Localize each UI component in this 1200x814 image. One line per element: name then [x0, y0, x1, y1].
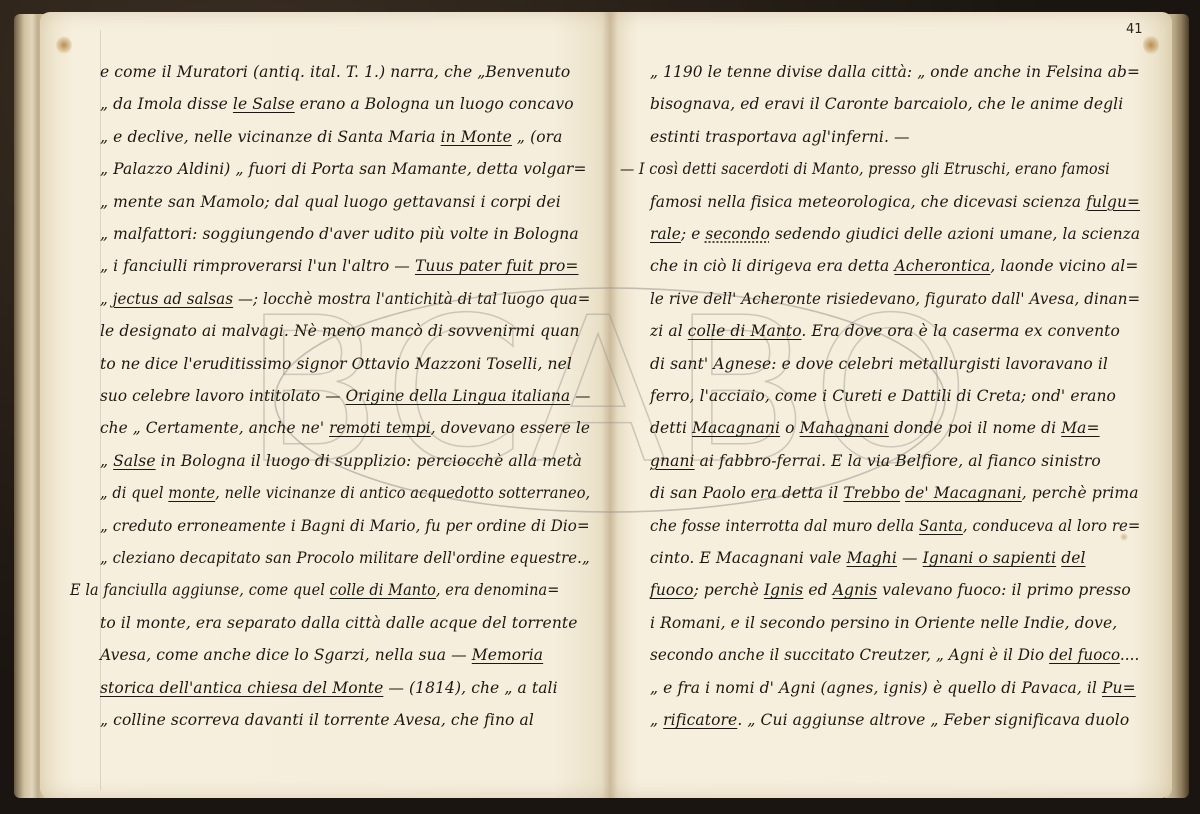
left-text-line: „ jectus ad salsas —; locchè mostra l'an… — [100, 283, 573, 315]
right-text-line: „ rificatore. „ Cui aggiunse altrove „ F… — [650, 704, 1140, 736]
right-text-line: gnani ai fabbro-ferrai. E la via Belfior… — [650, 445, 1140, 477]
left-text-line: „ mente san Mamolo; dal qual luogo getta… — [100, 186, 590, 218]
left-text-line: „ Salse in Bologna il luogo di supplizio… — [100, 445, 590, 477]
left-text-line: suo celebre lavoro intitolato — Origine … — [100, 380, 582, 412]
left-text-line: le designato ai malvagi. Nè meno mancò d… — [100, 315, 590, 347]
right-text-line: detti Macagnani o Mahagnani donde poi il… — [650, 412, 1140, 444]
right-text-line: fuoco; perchè Ignis ed Agnis valevano fu… — [650, 574, 1140, 606]
left-text-line: „ cleziano decapitato san Procolo milita… — [100, 542, 570, 574]
right-text-line: estinti trasportava agl'inferni. — — [650, 121, 1140, 153]
left-text-line: „ creduto erroneamente i Bagni di Mario,… — [100, 510, 575, 542]
right-text-line: „ e fra i nomi d' Agni (agnes, ignis) è … — [650, 672, 1140, 704]
foxing-stain-top-left — [56, 36, 72, 54]
right-text-line: bisognava, ed eravi il Caronte barcaiolo… — [650, 88, 1140, 120]
right-text-line: che in ciò li dirigeva era detta Acheron… — [650, 250, 1140, 282]
left-text-line: „ malfattori: soggiungendo d'aver udito … — [100, 218, 590, 250]
right-text-line: zi al colle di Manto. Era dove ora è la … — [650, 315, 1140, 347]
right-text-line: i Romani, e il secondo persino in Orient… — [650, 607, 1140, 639]
left-text-line: „ di quel monte, nelle vicinanze di anti… — [100, 477, 560, 509]
book-gutter — [602, 12, 618, 798]
foxing-stain-top-right — [1143, 35, 1159, 55]
left-text-line: „ i fanciulli rimproverarsi l'un l'altro… — [100, 250, 590, 282]
right-text-line: di sant' Agnese: e dove celebri metallur… — [650, 348, 1140, 380]
left-text-line: „ Palazzo Aldini) „ fuori di Porta san M… — [100, 153, 590, 185]
right-text-line: ferro, l'acciaio, come i Cureti e Dattil… — [650, 380, 1140, 412]
left-text-line: che „ Certamente, anche ne' remoti tempi… — [100, 412, 584, 444]
right-text-line: le rive dell' Acheronte risiedevano, fig… — [650, 283, 1126, 315]
left-text-line: e come il Muratori (antiq. ital. T. 1.) … — [100, 56, 590, 88]
right-text-line: secondo anche il succitato Creutzer, „ A… — [650, 639, 1127, 671]
page-number: 41 — [1126, 22, 1143, 37]
right-text-line: rale; e secondo sedendo giudici delle az… — [650, 218, 1136, 250]
left-text-line: E la fanciulla aggiunse, come quel colle… — [70, 574, 527, 606]
left-text-line: Avesa, come anche dice lo Sgarzi, nella … — [100, 639, 590, 671]
right-text-line: di san Paolo era detta il Trebbo de' Mac… — [650, 477, 1140, 509]
left-text-line: „ colline scorreva davanti il torrente A… — [100, 704, 590, 736]
left-text-line: to il monte, era separato dalla città da… — [100, 607, 590, 639]
left-text-line: „ da Imola disse le Salse erano a Bologn… — [100, 88, 590, 120]
right-text-line: cinto. E Macagnani vale Maghi — Ignani o… — [650, 542, 1140, 574]
right-text-line: „ 1190 le tenne divise dalla città: „ on… — [650, 56, 1137, 88]
right-text-line: — I così detti sacerdoti di Manto, press… — [620, 153, 1070, 185]
left-text-line: „ e declive, nelle vicinanze di Santa Ma… — [100, 121, 590, 153]
left-text-line: storica dell'antica chiesa del Monte — (… — [100, 672, 590, 704]
right-text-line: famosi nella fisica meteorologica, che d… — [650, 186, 1137, 218]
left-text-line: to ne dice l'eruditissimo signor Ottavio… — [100, 348, 590, 380]
right-text-line: che fosse interrotta dal muro della Sant… — [650, 510, 1119, 542]
